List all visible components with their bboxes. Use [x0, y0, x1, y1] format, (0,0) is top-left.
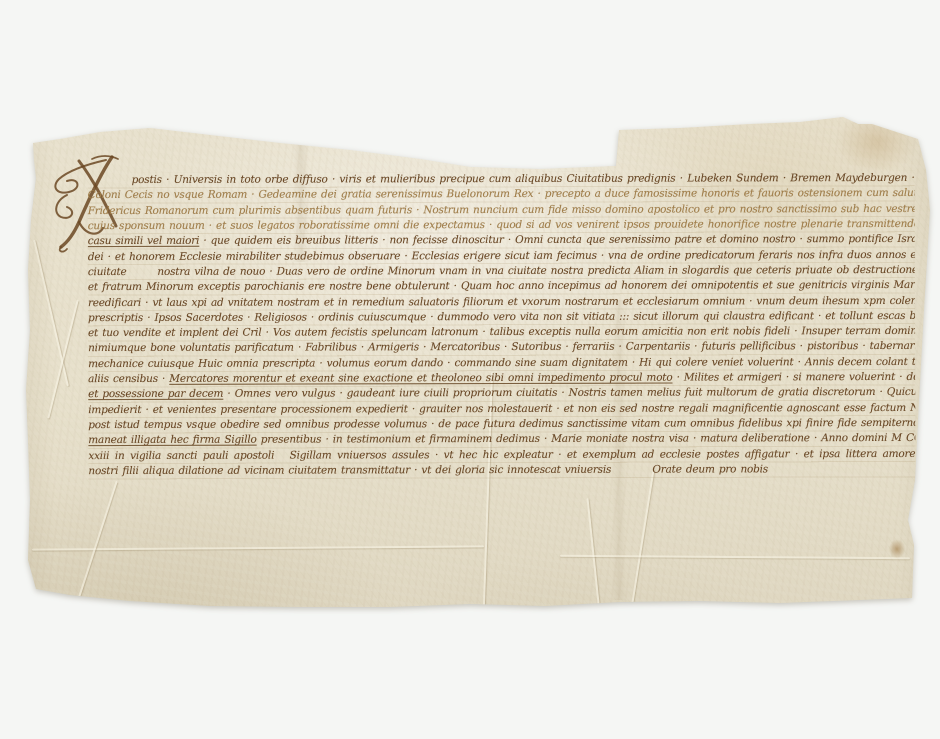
- text-block: postis · Universis in toto orbe diffuso …: [88, 171, 916, 481]
- manuscript-line: et fratrum Minorum exceptis parochianis …: [88, 278, 915, 295]
- manuscript-line: maneat illigata hec firma Sigillo presen…: [88, 431, 915, 448]
- line-text: reedificari · vt laus xpi ad vnitatem no…: [88, 294, 915, 309]
- edge-stain: [886, 536, 908, 562]
- line-text: nimiumque bone voluntatis parificatum · …: [88, 340, 915, 354]
- underlined-passage: et possessione par decem: [88, 388, 223, 400]
- crease: [586, 498, 599, 604]
- line-text: Coloni Cecis no vsque Romam · Gedeamine …: [88, 187, 915, 201]
- manuscript-line: nimiumque bone voluntatis parificatum · …: [88, 339, 915, 356]
- line-text: aliis censibus ·: [88, 373, 169, 385]
- line-text: · que quidem eis breuibus litteris · non…: [199, 233, 915, 247]
- line-text: · Milites et armigeri · si manere voluer…: [672, 371, 915, 384]
- line-text: prescriptis · Ipsos Sacerdotes · Religio…: [88, 309, 915, 323]
- manuscript-line: nostri filii aliqua dilatione ad vicinam…: [88, 462, 915, 479]
- underlined-passage: casu simili vel maiori: [88, 235, 199, 247]
- line-text: mechanice cuiusque Huic omnia prescripta…: [88, 355, 915, 369]
- line-text: postis · Universis in toto orbe diffuso …: [132, 172, 915, 186]
- line-text: cuius sponsum nouum · et suos legatos ro…: [88, 218, 915, 232]
- line-text: presentibus · in testimonium et firmamin…: [257, 432, 916, 446]
- line-text: et fratrum Minorum exceptis parochianis …: [88, 279, 915, 294]
- line-text: dei · et honorem Ecclesie mirabiliter st…: [88, 248, 915, 262]
- manuscript-line: xxiii in vigilia sancti pauli apostoli S…: [88, 447, 915, 464]
- crease: [76, 481, 117, 603]
- line-text: · Omnes vero vulgus · gaudeant iure ciui…: [223, 386, 915, 400]
- parchment: postis · Universis in toto orbe diffuso …: [0, 0, 940, 739]
- crease: [33, 240, 69, 387]
- parchment-wrap: postis · Universis in toto orbe diffuso …: [0, 0, 940, 739]
- crease: [560, 555, 910, 559]
- line-text: ciuitate nostra vilna de nouo · Duas ver…: [88, 264, 915, 278]
- crease: [631, 469, 654, 604]
- photo-background: { "page": { "background_color": "#f5f6f4…: [0, 0, 940, 739]
- line-text: Fridericus Romanorum cum plurimis absent…: [88, 202, 915, 216]
- line-text: xxiii in vigilia sancti pauli apostoli S…: [88, 448, 915, 462]
- manuscript-line: et possessione par decem · Omnes vero vu…: [88, 385, 915, 402]
- manuscript-line: casu simili vel maiori · que quidem eis …: [88, 232, 915, 249]
- edge-nick-stain: [853, 117, 862, 124]
- line-text: nostri filii aliqua dilatione ad vicinam…: [88, 463, 768, 477]
- line-text: et tuo vendite et implent dei Cril · Vos…: [88, 325, 915, 339]
- crease: [47, 300, 78, 419]
- corner-stain: [836, 110, 918, 174]
- underlined-passage: maneat illigata hec firma Sigillo: [88, 434, 256, 446]
- line-text: impedierit · et venientes presentare pro…: [88, 402, 915, 416]
- manuscript-line: Coloni Cecis no vsque Romam · Gedeamine …: [88, 186, 915, 203]
- crease: [32, 545, 484, 550]
- line-text: post istud tempus vsque obedire sed omni…: [88, 417, 915, 431]
- underlined-passage: Mercatores morentur et exeant sine exact…: [169, 372, 672, 385]
